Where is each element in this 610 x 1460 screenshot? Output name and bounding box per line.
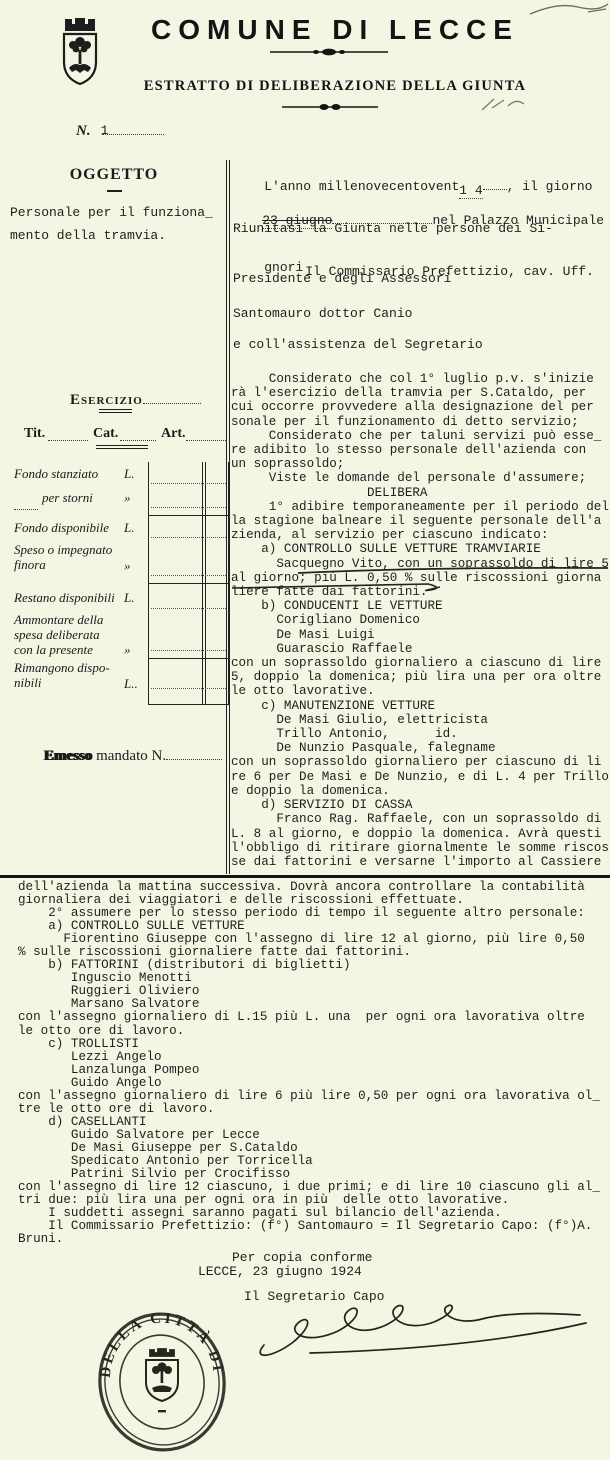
mandato-struck-word: Emesso xyxy=(44,748,92,764)
pencil-scribble xyxy=(478,94,548,116)
ledger-currency: L. xyxy=(124,466,134,482)
text-line: Guido Angelo xyxy=(18,1077,610,1090)
ledger-row-label: Ammontare della spesa deliberata con la … xyxy=(14,612,103,657)
ledger-currency: » xyxy=(124,642,131,658)
text-line: mento della tramvia. xyxy=(10,224,213,247)
text-line: Considerato che col 1° luglio p.v. s'ini… xyxy=(231,372,609,386)
text-line: De Masi Luigi xyxy=(231,628,609,642)
pencil-scribble xyxy=(528,0,610,18)
text-line: c) MANUTENZIONE VETTURE xyxy=(231,699,609,713)
intro-line: 23 giugnonel Palazzo Municipale xyxy=(231,197,604,243)
protocol-number-label: N. xyxy=(76,123,91,139)
page-title: COMUNE DI LECCE xyxy=(112,14,558,46)
ledger-currency: » xyxy=(124,558,131,574)
dotted-line xyxy=(143,392,201,404)
text-line: 1° adibire temporaneamente per il period… xyxy=(231,500,609,514)
text-line: Lanzalunga Pompeo xyxy=(18,1064,610,1077)
ledger-row-label: Restano disponibili xyxy=(14,590,115,605)
page-subtitle: ESTRATTO DI DELIBERAZIONE DELLA GIUNTA xyxy=(95,78,575,95)
text-line: re adibito lo stesso personale dell'azie… xyxy=(231,443,609,457)
ornament-divider xyxy=(282,102,378,112)
text-line: Viste le domande del personale d'assumer… xyxy=(231,471,609,485)
cat-label: Cat. xyxy=(93,426,118,442)
ledger-currency: » xyxy=(124,490,131,506)
text-line: le otto ore di lavoro. xyxy=(18,1025,610,1038)
ledger-row-label: Fondo disponibile xyxy=(14,520,109,535)
city-stamp-icon: DELLA CITTÀ DI xyxy=(94,1308,234,1460)
text-line: zienda, al servizio per ciascuno indicat… xyxy=(231,528,609,542)
dotted-line xyxy=(48,429,88,441)
mandato-label: mandato N. xyxy=(92,748,166,764)
esercizio-field: Esercizio xyxy=(70,391,201,409)
copy-conforme-line: Per copia conforme xyxy=(232,1250,372,1265)
protocol-number: N. 1 xyxy=(76,122,164,140)
text-line: tre le otto ore di lavoro. xyxy=(18,1103,610,1116)
ledger-row-label: Speso o impegnato finora xyxy=(14,542,112,572)
dotted-line xyxy=(166,748,222,760)
text-line: De Nunzio Pasquale, falegname xyxy=(231,741,609,755)
text-line: con un soprassoldo giornaliero a ciascun… xyxy=(231,656,609,670)
text-line: re 6 per De Masi e De Nunzio, e di L. 4 … xyxy=(231,770,609,784)
deliberation-body: Considerato che col 1° luglio p.v. s'ini… xyxy=(231,372,609,869)
text-line: a) CONTROLLO SULLE VETTURE TRAMVIARIE xyxy=(231,542,609,556)
text-line: con l'assegno giornaliero di L.15 più L.… xyxy=(18,1011,610,1024)
ledger-currency: L. xyxy=(124,520,134,536)
dotted-line xyxy=(120,429,156,441)
intro-line: Presidente e degli Assessori xyxy=(233,271,451,286)
text-line: Guarascio Raffaele xyxy=(231,642,609,656)
ledger-row-label: per storni xyxy=(42,490,93,505)
pen-underline xyxy=(228,560,610,596)
text-line: Il Commissario Prefettizio: (f°) Santoma… xyxy=(18,1220,610,1233)
text-line: l'obbligo di ritirare giornalmente le so… xyxy=(231,841,609,855)
ledger-row-label: Fondo stanziato xyxy=(14,466,98,481)
oggetto-text: Personale per il funziona_mento della tr… xyxy=(10,201,213,247)
oggetto-dash xyxy=(107,190,122,192)
oggetto-heading: OGGETTO xyxy=(0,166,228,184)
text-line: 5, doppio la domenica; più lira una per … xyxy=(231,670,609,684)
text-line: Guido Salvatore per Lecce xyxy=(18,1129,610,1142)
text-line: e doppio la domenica. xyxy=(231,784,609,798)
text-line: DELIBERA xyxy=(231,486,609,500)
art-label: Art. xyxy=(161,426,186,442)
text-line: sonale per il funzionamento di detto ser… xyxy=(231,415,609,429)
page2-body: dell'azienda la mattina successiva. Dovr… xyxy=(18,881,610,1246)
dotted-line xyxy=(186,429,226,441)
text-line: Corigliano Domenico xyxy=(231,613,609,627)
text-line: De Masi Giulio, elettricista xyxy=(231,713,609,727)
text-line: la stagione balneare il seguente persona… xyxy=(231,514,609,528)
ornament-divider xyxy=(270,47,388,57)
place-date-line: LECCE, 23 giugno 1924 xyxy=(198,1264,362,1279)
text-line: c) TROLLISTI xyxy=(18,1038,610,1051)
document-sheet: COMUNE DI LECCE ESTRATTO DI DELIBERAZION… xyxy=(0,0,610,1460)
double-rule xyxy=(99,409,132,413)
ledger-currency: L.. xyxy=(124,676,138,692)
text-line: d) SERVIZIO DI CASSA xyxy=(231,798,609,812)
tit-label: Tit. xyxy=(24,426,45,442)
text-line: un soprassoldo; xyxy=(231,457,609,471)
intro-line: Santomauro dottor Canio xyxy=(233,306,412,321)
text-line: Personale per il funziona_ xyxy=(10,201,213,224)
text-line: cui occorre provvedere alla designazione… xyxy=(231,400,609,414)
text-line: d) CASELLANTI xyxy=(18,1116,610,1129)
text-line: se dai fattorini e versarne l'importo al… xyxy=(231,855,609,869)
esercizio-label: Esercizio xyxy=(70,392,143,408)
ledger-box xyxy=(148,462,229,705)
text-line: b) CONDUCENTI LE VETTURE xyxy=(231,599,609,613)
intro-line: e coll'assistenza del Segretario xyxy=(233,337,483,352)
text-line: L. 8 al giorno, e doppio la domenica. Av… xyxy=(231,827,609,841)
ledger-currency: L. xyxy=(124,590,134,606)
text-line: Trillo Antonio, id. xyxy=(231,727,609,741)
text-line: rà l'esercizio della tramvia per S.Catal… xyxy=(231,386,609,400)
page-divider xyxy=(0,875,610,878)
text-line: Considerato che per taluni servizi può e… xyxy=(231,429,609,443)
text-line: Bruni. xyxy=(18,1233,610,1246)
dotted-line xyxy=(102,123,164,135)
text-line: con l'assegno giornaliero di lire 6 più … xyxy=(18,1090,610,1103)
signature-scrawl-icon xyxy=(250,1293,590,1365)
dotted-line xyxy=(14,498,38,510)
ledger-row-label: Rimangono dispo- nibili xyxy=(14,660,110,690)
text-line: le otto lavorative. xyxy=(231,684,609,698)
text-line: con un soprassoldo giornaliero per ciasc… xyxy=(231,755,609,769)
double-rule xyxy=(96,445,148,449)
mandato-field: Emesso mandato N. xyxy=(44,748,222,765)
text-line: Lezzi Angelo xyxy=(18,1051,610,1064)
intro-line: Riunitasi la Giunta nelle persone dei Si… xyxy=(233,221,553,236)
protocol-number-value: 1 xyxy=(101,123,109,138)
text-line: Franco Rag. Raffaele, con un soprassoldo… xyxy=(231,812,609,826)
